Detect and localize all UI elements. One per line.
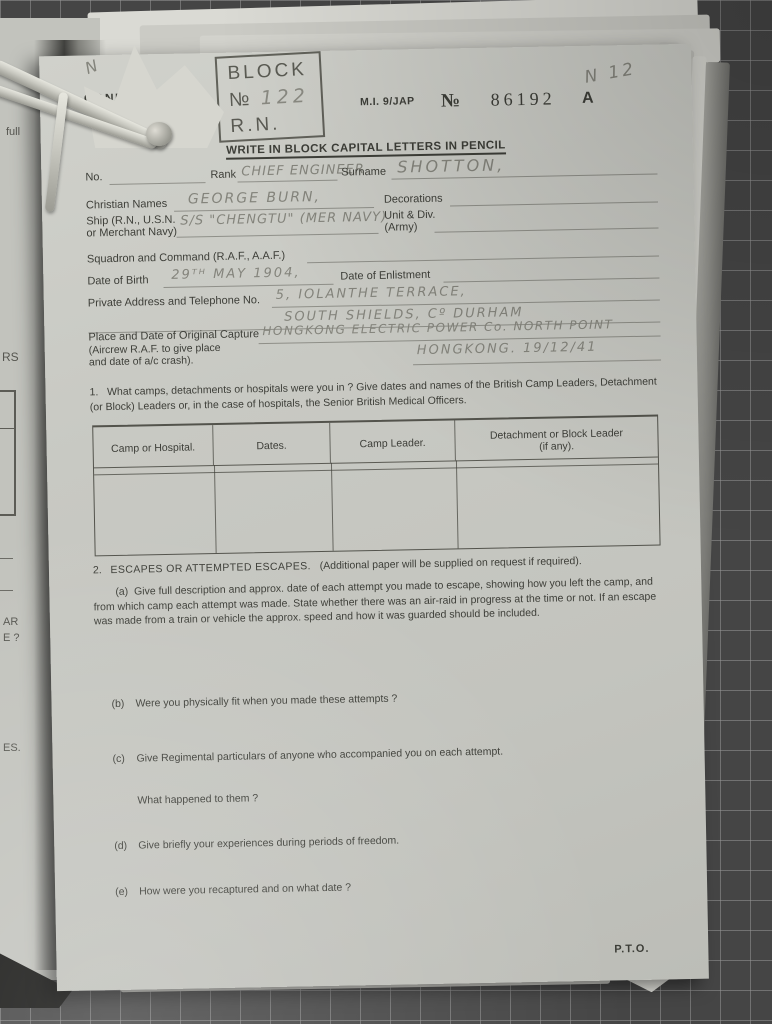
question-2b: (b) Were you physically fit when you mad… [111, 687, 651, 712]
ship-value: S/S "CHENGTU" (MER NAVY) [180, 210, 387, 229]
page-turn-over-label: P.T.O. [614, 943, 649, 956]
field-label-ship-2: or Merchant Navy) [86, 226, 177, 240]
field-line [450, 200, 658, 206]
field-line [307, 254, 659, 263]
left-page-fragment: RS [2, 350, 19, 364]
question-2c-text: Give Regimental particulars of anyone wh… [136, 745, 503, 767]
question-2d-text: Give briefly your experiences during per… [138, 834, 399, 854]
question-2b-text: Were you physically fit when you made th… [135, 692, 397, 712]
serial-number-line: M.I. 9/JAP № 86192 A [360, 88, 594, 114]
stamp-number-handwritten: 122 [260, 85, 309, 110]
field-line [413, 358, 661, 365]
capture-value-2: HONGKONG. 19/12/41 [417, 340, 598, 358]
block-number-stamp: BLOCK № 122 R.N. [215, 51, 325, 143]
form-instruction: WRITE IN BLOCK CAPITAL LETTERS IN PENCIL [201, 139, 531, 157]
surname-value: SHOTTON, [397, 155, 505, 176]
left-page-rule-fragment [0, 590, 13, 591]
stamp-line: R.N. [230, 109, 323, 140]
column-header-leader: Camp Leader. [330, 420, 456, 462]
field-label-surname: Surname [341, 166, 386, 179]
question-2b-label: (b) [111, 697, 124, 712]
column-header-camp: Camp or Hospital. [93, 425, 214, 467]
field-label-squadron: Squadron and Command (R.A.F., A.A.F.) [87, 250, 285, 266]
camps-table-empty-cell [331, 460, 459, 550]
question-1-text: What camps, detachments or hospitals wer… [90, 376, 657, 414]
field-label-christian-names: Christian Names [86, 198, 168, 212]
question-2-number: 2. [93, 564, 102, 576]
question-1: 1. What camps, detachments or hospitals … [89, 374, 663, 414]
question-2-note: (Additional paper will be supplied on re… [320, 555, 582, 572]
dob-value: 29ᵀᴴ MAY 1904, [171, 265, 300, 282]
stamp-line: № 122 [228, 82, 321, 114]
camps-table: Camp or Hospital. Dates. Camp Leader. De… [92, 415, 660, 557]
column-header-detachment: Detachment or Block Leader (if any). [455, 417, 658, 461]
question-2c-label: (c) [112, 752, 125, 767]
field-label-address: Private Address and Telephone No. [88, 294, 260, 309]
form-page: N CONFIDENTIAL BLOCK № 122 R.N. M.I. 9/J… [39, 44, 709, 991]
photo-of-pow-form: full RS AR E ? ES. N CONFIDENTIAL BLOCK … [0, 0, 772, 1024]
field-line [443, 276, 659, 282]
mi9-label: M.I. 9/JAP [360, 95, 415, 108]
field-label-capture-1: Place and Date of Original Capture [88, 328, 259, 343]
left-page-fragment: E ? [3, 632, 20, 644]
field-line [435, 226, 659, 232]
camps-table-empty-cell [214, 463, 334, 553]
left-page-fragment: ES. [3, 742, 21, 754]
question-2e-text: How were you recaptured and on what date… [139, 881, 351, 900]
field-line [177, 232, 379, 238]
serial-number: 86192 [490, 88, 555, 109]
question-2d: (d) Give briefly your experiences during… [114, 829, 654, 854]
question-2a-label: (a) [115, 586, 128, 598]
field-label-decorations: Decorations [384, 193, 443, 206]
question-2a-text: Give full description and approx. date o… [94, 576, 657, 628]
field-label-capture-3: and date of a/c crash). [89, 354, 194, 368]
field-label-enlistment: Date of Enlistment [340, 269, 430, 283]
field-label-dob: Date of Birth [87, 274, 148, 287]
pencil-note: N 12 [583, 59, 637, 88]
pencil-scribble: N [82, 56, 101, 78]
question-2c-followup: What happened to them ? [137, 791, 258, 808]
question-2-heading: 2. ESCAPES OR ATTEMPTED ESCAPES. (Additi… [93, 552, 673, 578]
question-2e-label: (e) [115, 885, 128, 900]
left-page-fragment: full [6, 126, 20, 138]
question-2c: (c) Give Regimental particulars of anyon… [112, 742, 652, 767]
address-value-1: 5, IOLANTHE TERRACE, [276, 284, 467, 303]
string-knot [146, 122, 172, 146]
column-header-dates: Dates. [213, 423, 331, 465]
field-line [110, 181, 206, 185]
question-2e: (e) How were you recaptured and on what … [115, 875, 655, 900]
serial-letter: A [582, 90, 594, 107]
question-2a: (a) Give full description and approx. da… [93, 574, 672, 629]
number-symbol: № [441, 90, 460, 111]
question-2d-label: (d) [114, 839, 127, 854]
field-label-rank: Rank [210, 169, 236, 181]
left-page-rule-fragment [0, 558, 13, 559]
left-page-fragment: AR [3, 616, 18, 628]
camps-table-header-row: Camp or Hospital. Dates. Camp Leader. De… [93, 417, 658, 469]
field-label-no: No. [85, 171, 102, 183]
camps-table-empty-cell [94, 465, 217, 555]
field-label-unit-2: (Army) [384, 221, 417, 234]
field-label-unit-1: Unit & Div. [384, 209, 435, 222]
left-page-table-fragment [0, 390, 16, 516]
question-1-number: 1. [89, 386, 98, 398]
christian-names-value: GEORGE BURN, [188, 189, 321, 208]
question-2-title: ESCAPES OR ATTEMPTED ESCAPES. [110, 560, 311, 576]
